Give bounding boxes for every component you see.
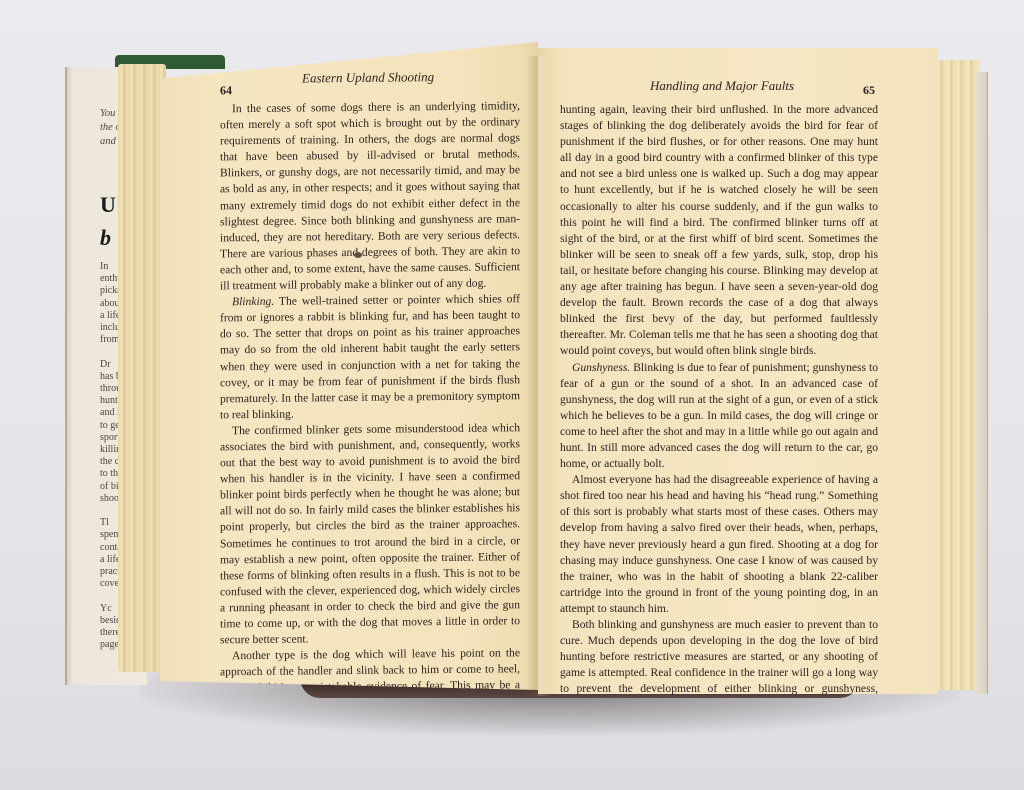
section-lead-blinking: Blinking. <box>232 295 274 308</box>
paragraph: Blinking. The well-trained setter or poi… <box>220 291 520 423</box>
paragraph: The confirmed blinker gets some misunder… <box>220 420 520 648</box>
ink-blot <box>354 252 362 258</box>
book-gutter <box>526 56 550 696</box>
running-head: Eastern Upland Shooting <box>302 69 434 86</box>
running-head: Handling and Major Faults <box>650 78 794 94</box>
paragraph: hunting again, leaving their bird unflus… <box>560 102 878 360</box>
paragraph: In the cases of some dogs there is an un… <box>220 98 520 294</box>
paragraph: Gunshyness. Blinking is due to fear of p… <box>560 360 878 473</box>
right-cover-board <box>975 72 988 694</box>
page-number: 65 <box>863 83 875 98</box>
page-number: 64 <box>220 83 232 98</box>
right-page-stack <box>935 60 980 690</box>
left-page-stack <box>118 64 166 672</box>
right-page-text: hunting again, leaving their bird unflus… <box>560 102 878 697</box>
jacket-heading: U <box>100 192 116 218</box>
paragraph: Almost everyone has had the disagreeable… <box>560 472 878 617</box>
section-lead-gunshyness: Gunshyness. <box>572 361 630 374</box>
right-page: Handling and Major Faults 65 hunting aga… <box>538 48 938 694</box>
left-page-text: In the cases of some dogs there is an un… <box>220 98 520 745</box>
paragraph: Both blinking and gunshyness are much ea… <box>560 617 878 697</box>
jacket-byline: b <box>100 225 111 251</box>
left-page: 64 Eastern Upland Shooting In the cases … <box>160 42 538 694</box>
